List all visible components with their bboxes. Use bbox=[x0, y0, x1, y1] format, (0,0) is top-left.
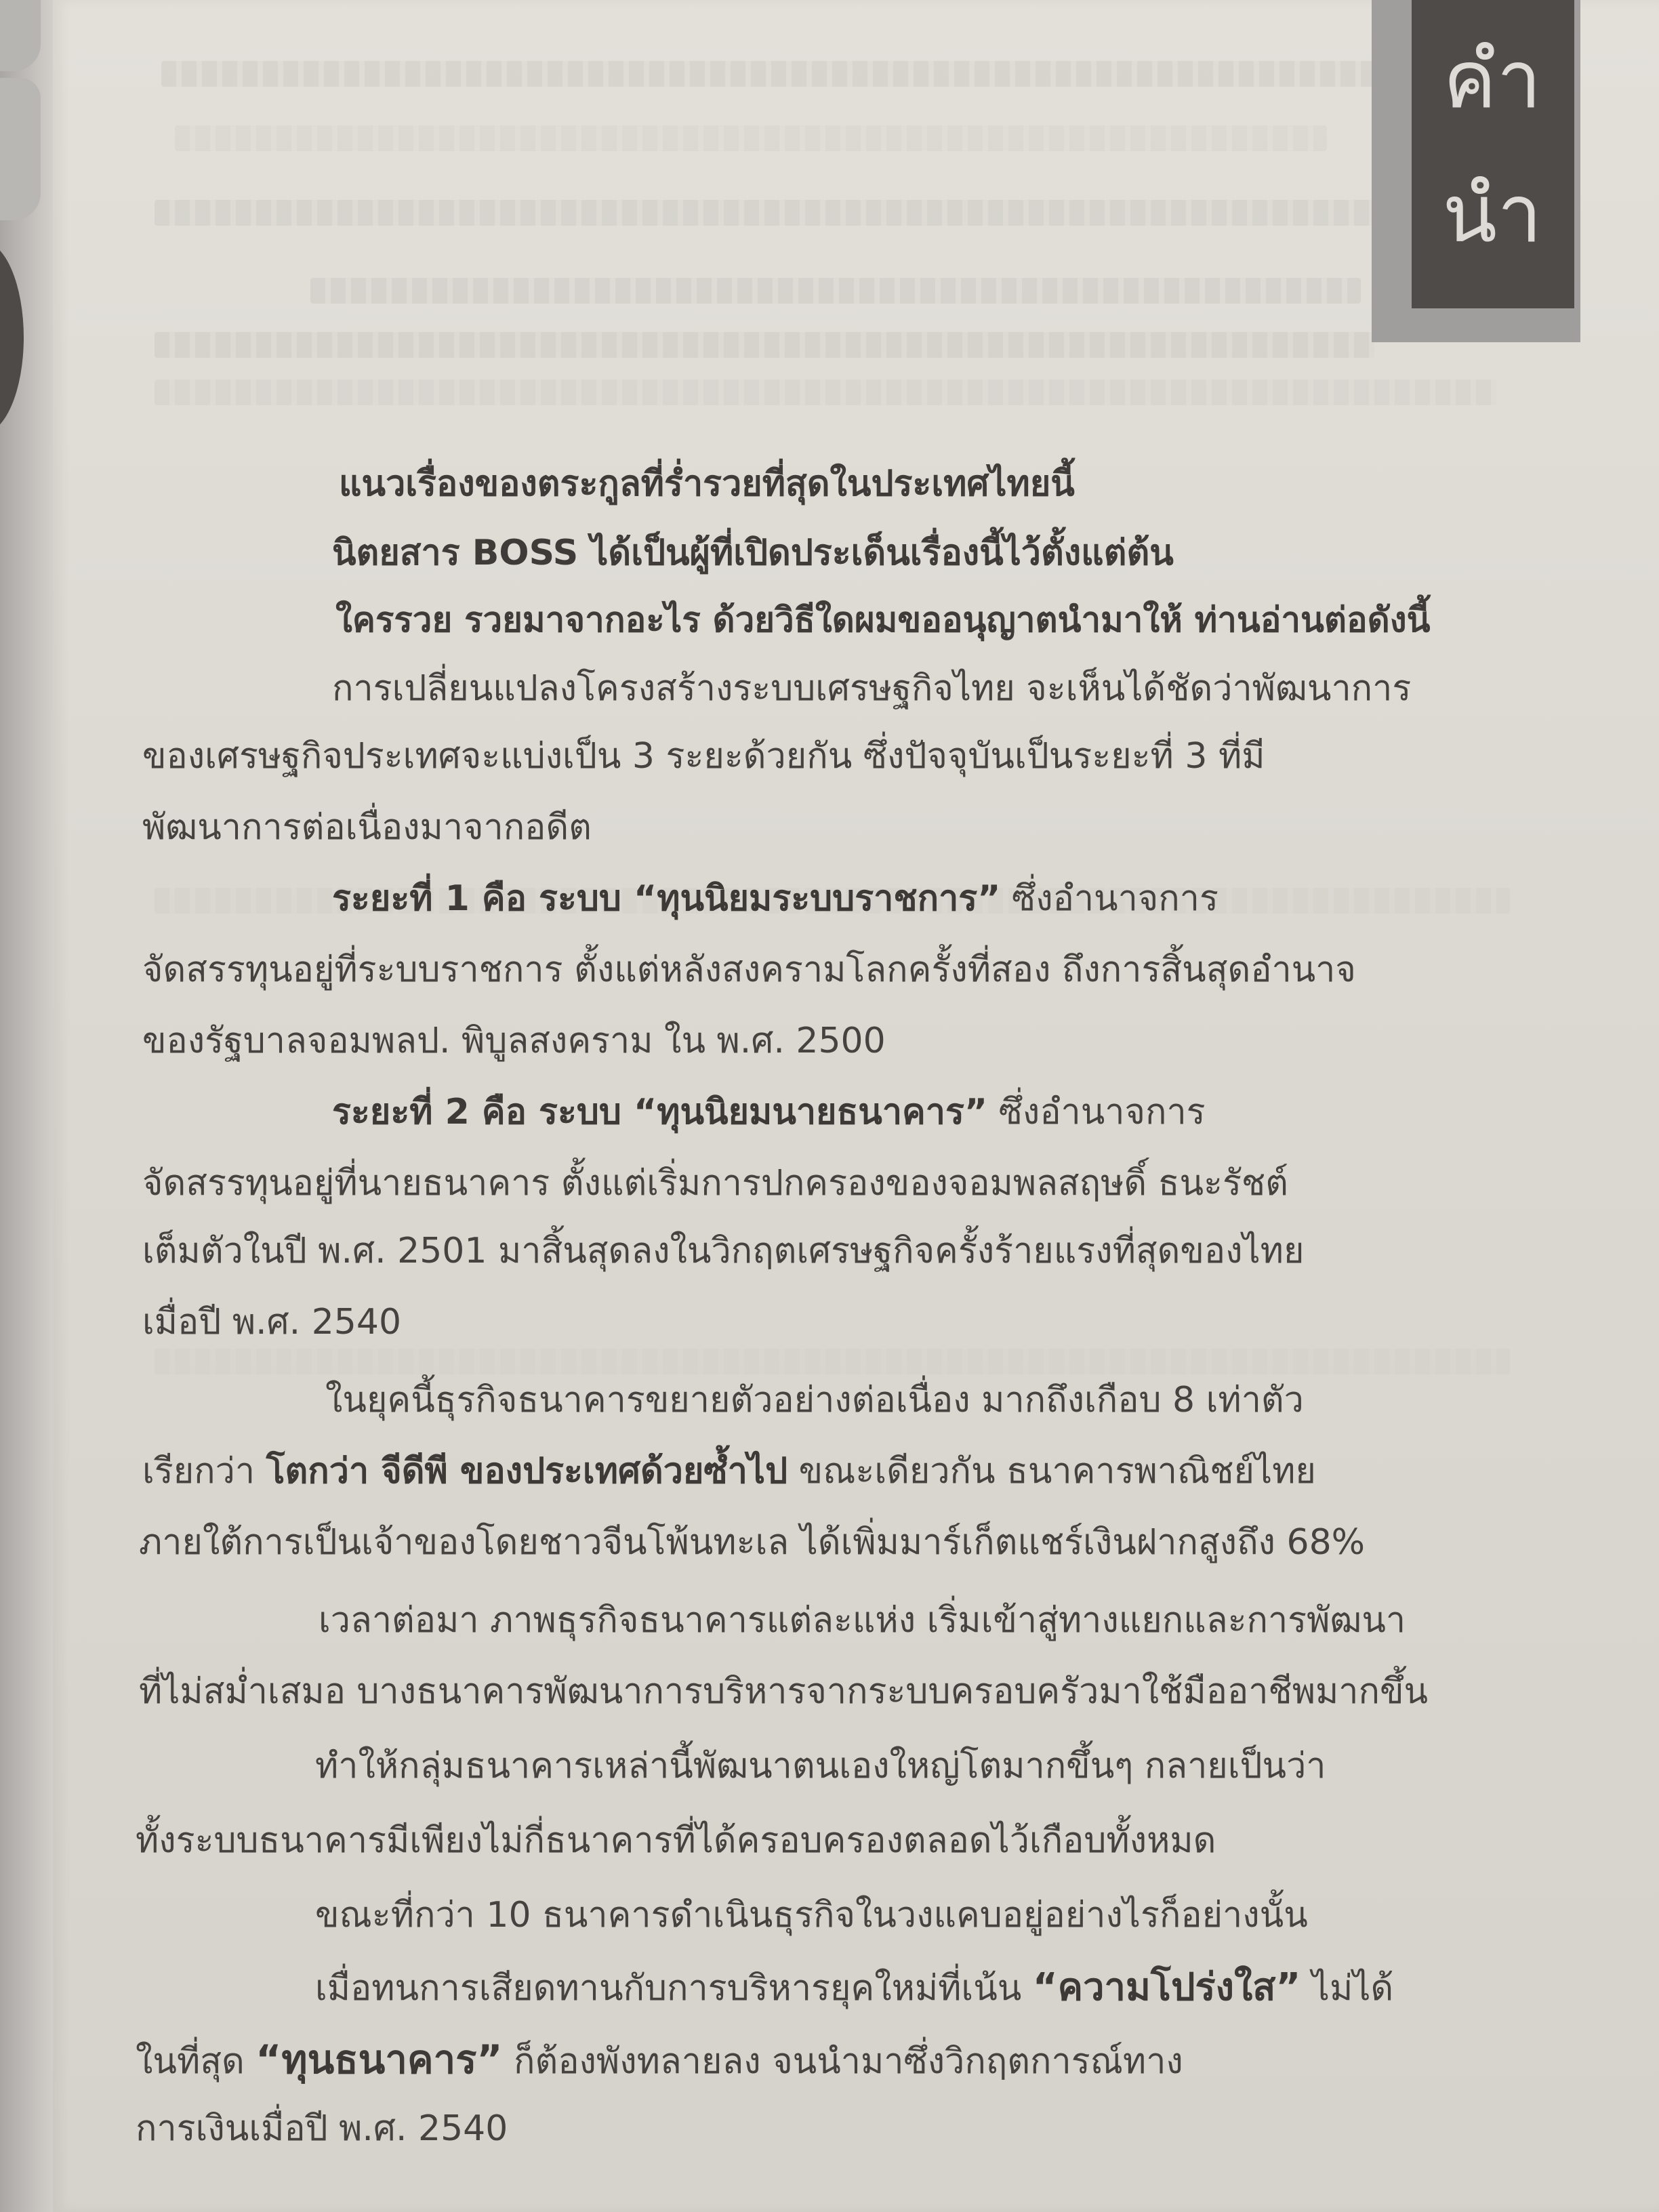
paragraph-line: ในยุคนี้ธุรกิจธนาคารขยายตัวอย่างต่อเนื่อ… bbox=[325, 1382, 1304, 1418]
phase-1-lead-rest: ซึ่งอำนาจการ bbox=[1000, 878, 1218, 919]
paragraph-line-mixed: เมื่อทนการเสียดทานกับการบริหารยุคใหม่ที่… bbox=[315, 1969, 1393, 2007]
text-span: เรียกว่า bbox=[142, 1451, 266, 1492]
phase-2-lead-rest: ซึ่งอำนาจการ bbox=[987, 1092, 1205, 1132]
phase-1-heading-line: ระยะที่ 1 คือ ระบบ “ทุนนิยมระบบราชการ” ซ… bbox=[332, 881, 1218, 916]
paragraph-line: เต็มตัวในปี พ.ศ. 2501 มาสิ้นสุดลงในวิกฤต… bbox=[142, 1233, 1304, 1269]
paragraph-line: การเงินเมื่อปี พ.ศ. 2540 bbox=[136, 2111, 508, 2146]
paragraph-line: เวลาต่อมา ภาพธุรกิจธนาคารแต่ละแห่ง เริ่ม… bbox=[319, 1603, 1406, 1638]
intro-line: ใครรวย รวยมาจากอะไร ด้วยวิธีใดผมขออนุญาต… bbox=[335, 603, 1431, 638]
paragraph-line: ทำให้กลุ่มธนาคารเหล่านี้พัฒนาตนเองใหญ่โต… bbox=[315, 1748, 1326, 1784]
paragraph-line: ของรัฐบาลจอมพลป. พิบูลสงคราม ใน พ.ศ. 250… bbox=[142, 1023, 886, 1059]
text-span: ไม่ได้ bbox=[1300, 1968, 1393, 2009]
paragraph-line: จัดสรรทุนอยู่ที่นายธนาคาร ตั้งแต่เริ่มกา… bbox=[142, 1166, 1288, 1201]
text-span: ในที่สุด bbox=[136, 2041, 255, 2082]
phase-2-heading-line: ระยะที่ 2 คือ ระบบ “ทุนนิยมนายธนาคาร” ซึ… bbox=[332, 1094, 1206, 1130]
paragraph-line: ภายใต้การเป็นเจ้าของโดยชาวจีนโพ้นทะเล ได… bbox=[139, 1525, 1365, 1560]
paragraph-line: จัดสรรทุนอยู่ที่ระบบราชการ ตั้งแต่หลังสง… bbox=[142, 952, 1356, 987]
emphasis-text: โตกว่า จีดีพี ของประเทศด้วยซ้ำไป bbox=[266, 1451, 788, 1492]
intro-line: นิตยสาร BOSS ได้เป็นผู้ที่เปิดประเด็นเรื… bbox=[332, 535, 1174, 571]
emphasis-text: “ทุนธนาคาร” bbox=[255, 2036, 502, 2083]
paragraph-line: พัฒนาการต่อเนื่องมาจากอดีต bbox=[142, 810, 592, 845]
paragraph-line: ทั้งระบบธนาคารมีเพียงไม่กี่ธนาคารที่ได้ค… bbox=[136, 1823, 1216, 1858]
paragraph-line-mixed: เรียกว่า โตกว่า จีดีพี ของประเทศด้วยซ้ำไ… bbox=[142, 1454, 1316, 1489]
phase-2-bold-lead: ระยะที่ 2 คือ ระบบ “ทุนนิยมนายธนาคาร” bbox=[332, 1092, 987, 1132]
paragraph-line: ของเศรษฐกิจประเทศจะแบ่งเป็น 3 ระยะด้วยกั… bbox=[142, 739, 1265, 774]
paragraph-line: การเปลี่ยนแปลงโครงสร้างระบบเศรษฐกิจไทย จ… bbox=[332, 671, 1411, 706]
paragraph-line: เมื่อปี พ.ศ. 2540 bbox=[142, 1305, 401, 1340]
text-span: ขณะเดียวกัน ธนาคารพาณิชย์ไทย bbox=[787, 1451, 1316, 1492]
paragraph-line: ที่ไม่สม่ำเสมอ บางธนาคารพัฒนาการบริหารจา… bbox=[139, 1674, 1428, 1709]
emphasis-text: “ความโปร่งใส” bbox=[1033, 1965, 1300, 2009]
intro-line: แนวเรื่องของตระกูลที่ร่ำรวยที่สุดในประเท… bbox=[339, 466, 1075, 501]
phase-1-bold-lead: ระยะที่ 1 คือ ระบบ “ทุนนิยมระบบราชการ” bbox=[332, 878, 1000, 919]
text-span: ก็ต้องพังทลายลง จนนำมาซึ่งวิกฤตการณ์ทาง bbox=[503, 2041, 1183, 2082]
paragraph-line: ขณะที่กว่า 10 ธนาคารดำเนินธุรกิจในวงแคบอ… bbox=[315, 1898, 1308, 1933]
text-span: เมื่อทนการเสียดทานกับการบริหารยุคใหม่ที่… bbox=[315, 1968, 1033, 2009]
page-body-text: แนวเรื่องของตระกูลที่ร่ำรวยที่สุดในประเท… bbox=[0, 0, 1659, 2212]
paragraph-line-mixed: ในที่สุด “ทุนธนาคาร” ก็ต้องพังทลายลง จนน… bbox=[136, 2040, 1183, 2079]
